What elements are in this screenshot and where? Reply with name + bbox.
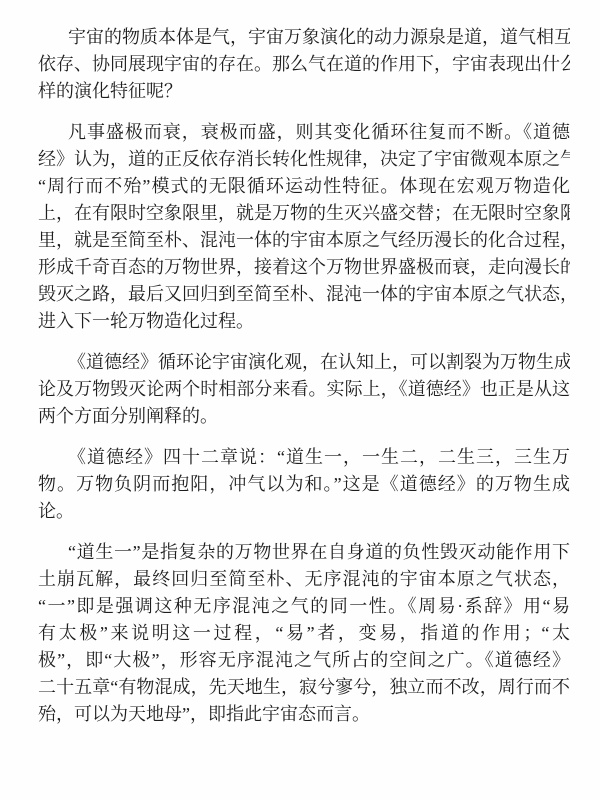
text-line: 上，在有限时空象限里，就是万物的生灭兴盛交替；在无限时空象限 xyxy=(38,200,570,227)
text-line: 《道德经》循环论宇宙演化观，在认知上，可以割裂为万物生成 xyxy=(38,349,570,376)
paragraph: 《道德经》循环论宇宙演化观，在认知上，可以割裂为万物生成论及万物毁灭论两个时相部… xyxy=(38,349,570,430)
text-line: 样的演化特征呢？ xyxy=(38,78,570,105)
text-line: 毁灭之路，最后又回归到至简至朴、混沌一体的宇宙本原之气状态， xyxy=(38,281,570,308)
text-line: 土崩瓦解，最终回归至简至朴、无序混沌的宇宙本原之气状态， xyxy=(38,566,570,593)
text-line: 依存、协同展现宇宙的存在。那么气在道的作用下，宇宙表现出什么 xyxy=(38,51,570,78)
document-page: 宇宙的物质本体是气，宇宙万象演化的动力源泉是道，道气相互依存、协同展现宇宙的存在… xyxy=(0,0,600,800)
paragraph: “道生一”是指复杂的万物世界在自身道的负性毁灭动能作用下土崩瓦解，最终回归至简至… xyxy=(38,539,570,728)
text-line: 里，就是至简至朴、混沌一体的宇宙本原之气经历漫长的化合过程， xyxy=(38,227,570,254)
text-line: 二十五章“有物混成，先天地生，寂兮寥兮，独立而不改，周行而不 xyxy=(38,674,570,701)
text-line: 物。万物负阴而抱阳，冲气以为和。”这是《道德经》的万物生成 xyxy=(38,471,570,498)
paragraph: 凡事盛极而衰，衰极而盛，则其变化循环往复而不断。《道德经》认为，道的正反依存消长… xyxy=(38,119,570,335)
paragraph: 宇宙的物质本体是气，宇宙万象演化的动力源泉是道，道气相互依存、协同展现宇宙的存在… xyxy=(38,24,570,105)
text-line: “道生一”是指复杂的万物世界在自身道的负性毁灭动能作用下 xyxy=(38,539,570,566)
text-line: 极”，即“大极”，形容无序混沌之气所占的空间之广。《道德经》 xyxy=(38,647,570,674)
text-line: 论及万物毁灭论两个时相部分来看。实际上，《道德经》也正是从这 xyxy=(38,376,570,403)
text-line: 两个方面分别阐释的。 xyxy=(38,403,570,430)
text-line: 经》认为，道的正反依存消长转化性规律，决定了宇宙微观本原之气 xyxy=(38,146,570,173)
text-line: 殆，可以为天地母”，即指此宇宙态而言。 xyxy=(38,701,570,728)
text-line: 有太极”来说明这一过程，“易”者，变易，指道的作用；“太 xyxy=(38,620,570,647)
text-line: 《道德经》四十二章说：“道生一，一生二，二生三，三生万 xyxy=(38,444,570,471)
text-line: 形成千奇百态的万物世界，接着这个万物世界盛极而衰，走向漫长的 xyxy=(38,254,570,281)
text-line: 凡事盛极而衰，衰极而盛，则其变化循环往复而不断。《道德 xyxy=(38,119,570,146)
document-body: 宇宙的物质本体是气，宇宙万象演化的动力源泉是道，道气相互依存、协同展现宇宙的存在… xyxy=(38,24,570,728)
paragraph: 《道德经》四十二章说：“道生一，一生二，二生三，三生万物。万物负阴而抱阳，冲气以… xyxy=(38,444,570,525)
text-line: 宇宙的物质本体是气，宇宙万象演化的动力源泉是道，道气相互 xyxy=(38,24,570,51)
text-line: 论。 xyxy=(38,498,570,525)
text-line: “一”即是强调这种无序混沌之气的同一性。《周易·系辞》用“易 xyxy=(38,593,570,620)
text-line: “周行而不殆”模式的无限循环运动性特征。体现在宏观万物造化 xyxy=(38,173,570,200)
text-line: 进入下一轮万物造化过程。 xyxy=(38,308,570,335)
